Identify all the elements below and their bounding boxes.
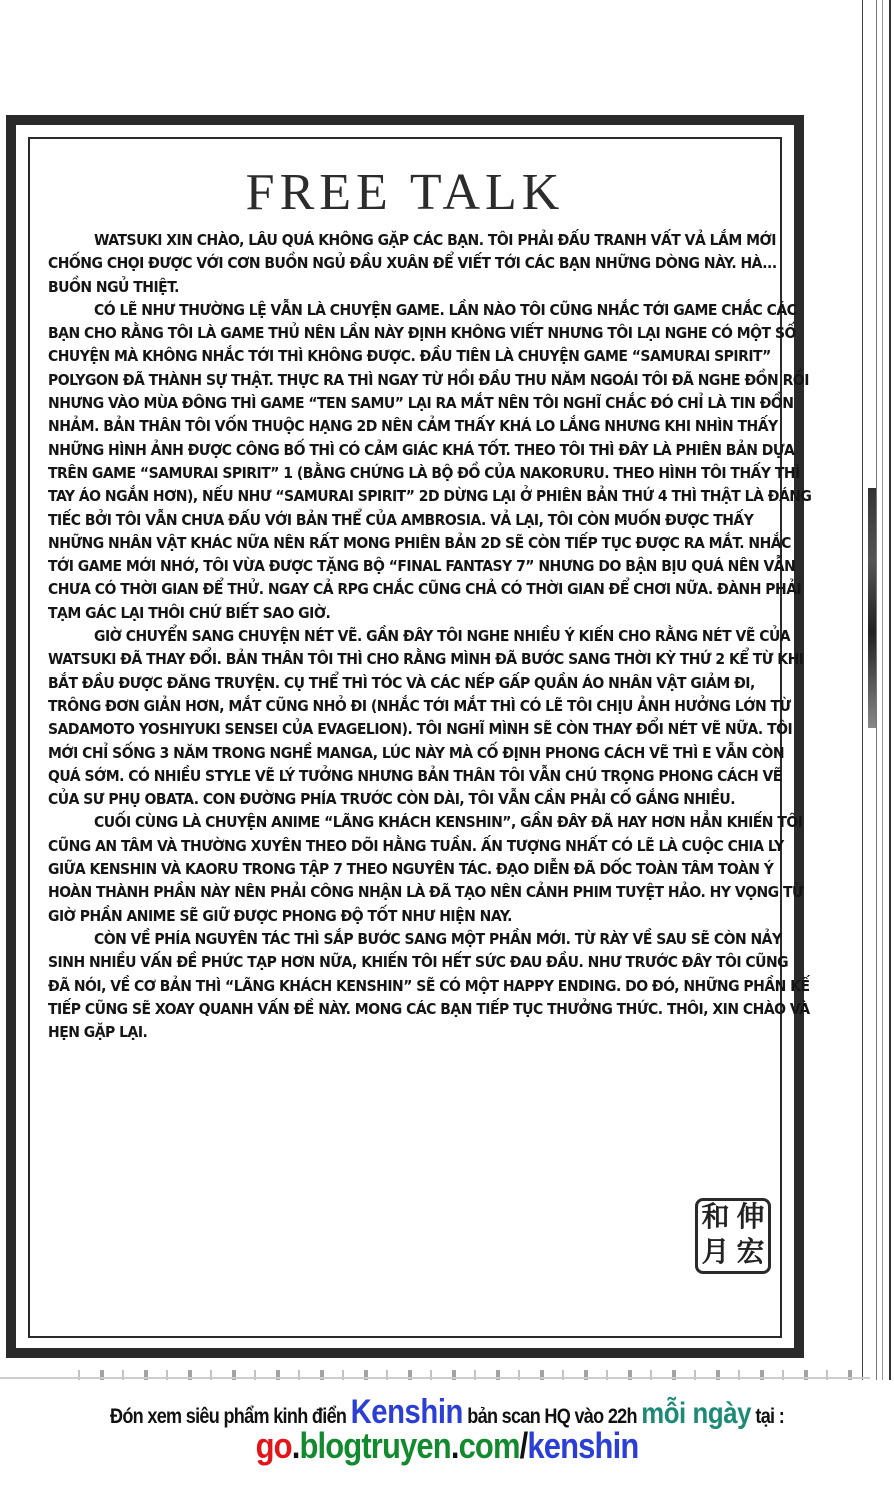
url-slash: / xyxy=(520,1425,528,1466)
paragraph: CUỐI CÙNG LÀ CHUYỆN ANIME “LÃNG KHÁCH KE… xyxy=(48,811,812,927)
seal-char: 宏 xyxy=(733,1236,768,1271)
paragraph: CÓ LẼ NHƯ THƯỜNG LỆ VẪN LÀ CHUYỆN GAME. … xyxy=(48,299,812,625)
manga-page: FREE TALK WATSUKI XIN CHÀO, LÂU QUÁ KHÔN… xyxy=(0,0,894,1489)
seal-char: 和 xyxy=(698,1201,733,1236)
url-segment: go xyxy=(256,1425,292,1466)
page-edge-artwork xyxy=(868,488,876,728)
seal-char: 月 xyxy=(698,1236,733,1271)
paragraph: CÒN VỀ PHÍA NGUYÊN TÁC THÌ SẮP BƯỚC SANG… xyxy=(48,928,812,1044)
page-edge-line xyxy=(882,0,883,1380)
paragraph: WATSUKI XIN CHÀO, LÂU QUÁ KHÔNG GẶP CÁC … xyxy=(48,229,812,299)
url-segment: blogtruyen xyxy=(299,1425,450,1466)
page-title: FREE TALK xyxy=(16,163,794,222)
url-segment: kenshin xyxy=(527,1425,638,1466)
page-edge-line xyxy=(889,0,891,1380)
scan-artifact-line xyxy=(0,1377,870,1379)
page-edge-line xyxy=(876,0,877,1380)
page-edge-line xyxy=(862,0,863,1380)
author-seal-stamp: 和 伸 月 宏 xyxy=(695,1198,771,1274)
paragraph: GIỜ CHUYỂN SANG CHUYỆN NÉT VẼ. GẦN ĐÂY T… xyxy=(48,625,812,811)
free-talk-frame: FREE TALK WATSUKI XIN CHÀO, LÂU QUÁ KHÔN… xyxy=(6,115,804,1358)
seal-char: 伸 xyxy=(733,1201,768,1236)
url-segment: com xyxy=(459,1425,520,1466)
promo-url-link[interactable]: go.blogtruyen.com/kenshin xyxy=(63,1425,832,1467)
free-talk-body: WATSUKI XIN CHÀO, LÂU QUÁ KHÔNG GẶP CÁC … xyxy=(48,229,812,1044)
